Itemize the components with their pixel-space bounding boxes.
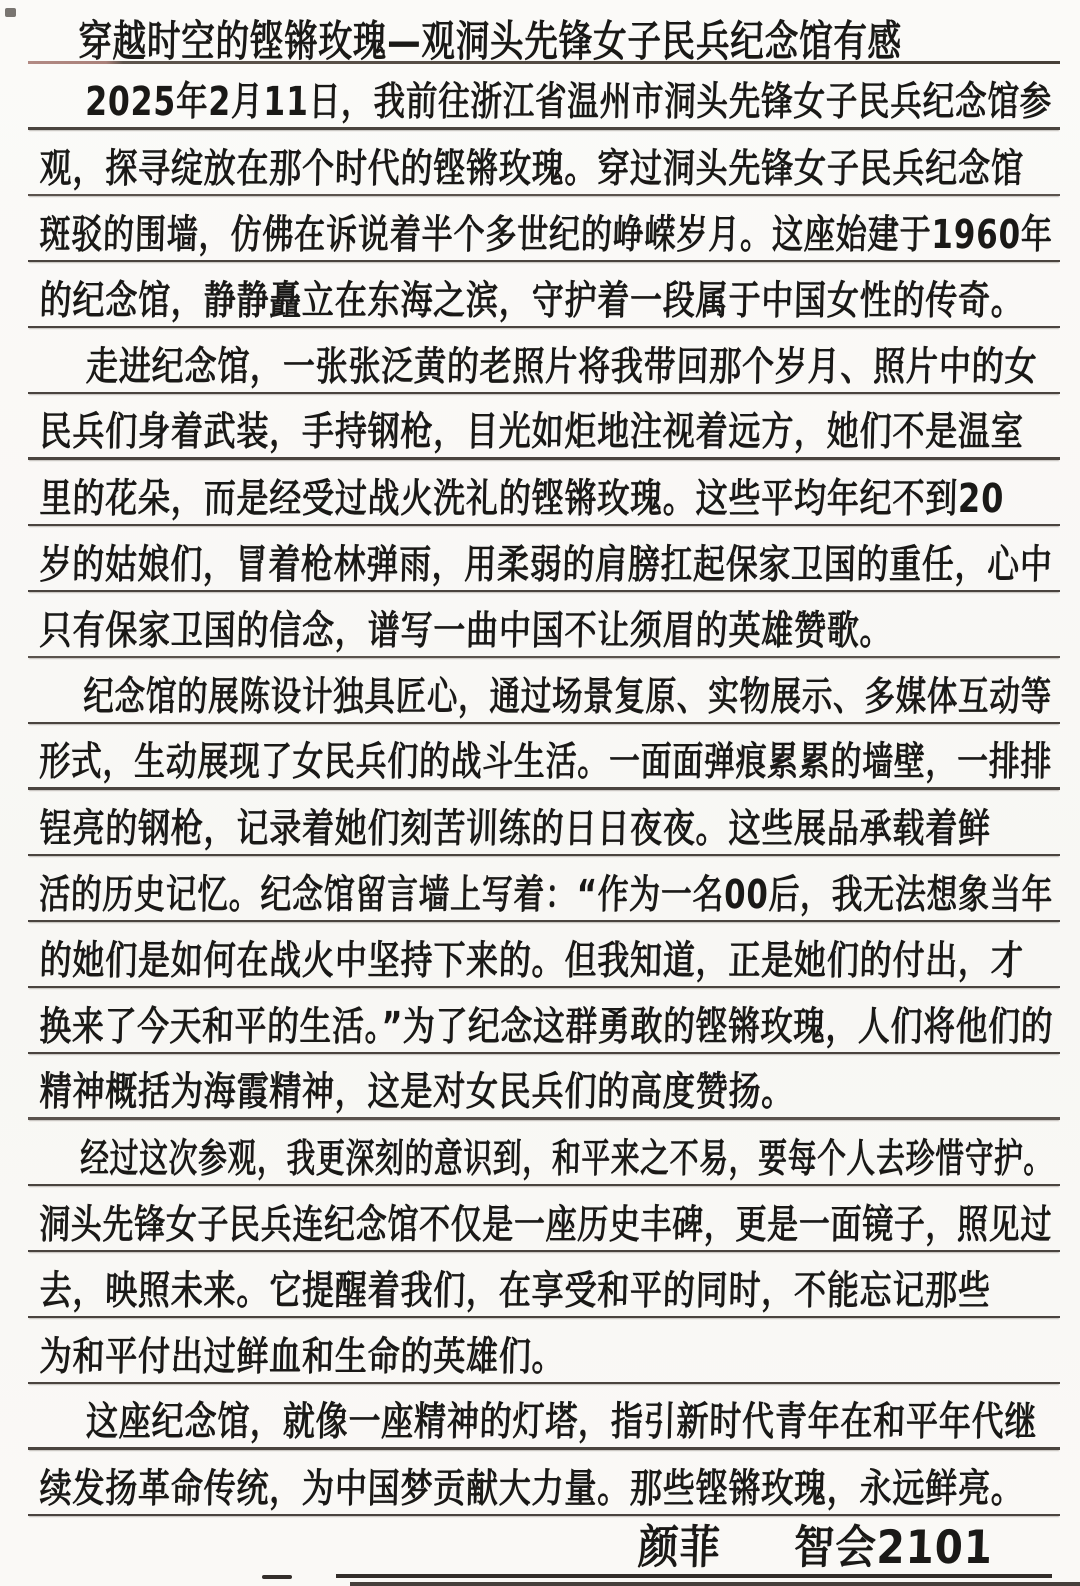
handwritten-text-line: 精神概括为海霞精神，这是对女民兵们的高度赞扬。 — [28, 1069, 795, 1115]
handwritten-text-line: 活的历史记忆。纪念馆留言墙上写着：“作为一名00后，我无法想象当年 — [28, 872, 1054, 918]
handwritten-text-line: 换来了今天和平的生活。”为了纪念这群勇敢的铿锵玫瑰，人们将他们的 — [28, 1004, 1054, 1050]
handwritten-text-line: 这座纪念馆，就像一座精神的灯塔，指引新时代青年在和平年代继 — [28, 1399, 1038, 1445]
ruled-line-row: 这座纪念馆，就像一座精神的灯塔，指引新时代青年在和平年代继 — [28, 1384, 1060, 1450]
rule-dash — [262, 1575, 292, 1579]
notebook-page: 穿越时空的铿锵玫瑰—观洞头先锋女子民兵纪念馆有感 2025年2月11日，我前往浙… — [0, 0, 1080, 1586]
ruled-line-row: 换来了今天和平的生活。”为了纪念这群勇敢的铿锵玫瑰，人们将他们的 — [28, 988, 1060, 1054]
handwritten-text-line: 纪念馆的展陈设计独具匠心，通过场景复原、实物展示、多媒体互动等 — [28, 674, 1052, 720]
ruled-line-row: 观，探寻绽放在那个时代的铿锵玫瑰。穿过洞头先锋女子民兵纪念馆 — [28, 130, 1060, 196]
ruled-line-row: 锃亮的钢枪，记录着她们刻苦训练的日日夜夜。这些展品承载着鲜 — [28, 790, 1060, 856]
handwritten-text-line: 走进纪念馆，一张张泛黄的老照片将我带回那个岁月、照片中的女 — [28, 344, 1038, 390]
handwritten-text-line: 民兵们身着武装，手持钢枪，目光如炬地注视着远方，她们不是温室 — [28, 409, 1024, 455]
handwritten-text-line: 去，映照未来。它提醒着我们，在享受和平的同时，不能忘记那些 — [28, 1268, 991, 1314]
handwritten-text-line: 观，探寻绽放在那个时代的铿锵玫瑰。穿过洞头先锋女子民兵纪念馆 — [28, 146, 1024, 192]
handwritten-text-line: 续发扬革命传统，为中国梦贡献大力量。那些铿锵玫瑰，永远鲜亮。 — [28, 1466, 1024, 1512]
ruled-line-row: 去，映照未来。它提醒着我们，在享受和平的同时，不能忘记那些 — [28, 1252, 1060, 1318]
ruled-line-row: 2025年2月11日，我前往浙江省温州市洞头先锋女子民兵纪念馆参 — [28, 64, 1060, 130]
ruled-line-row: 里的花朵，而是经受过战火洗礼的铿锵玫瑰。这些平均年纪不到20 — [28, 460, 1060, 526]
ruled-line-row: 形式，生动展现了女民兵们的战斗生活。一面面弹痕累累的墙壁，一排排 — [28, 724, 1060, 790]
handwritten-text-line: 锃亮的钢枪，记录着她们刻苦训练的日日夜夜。这些展品承载着鲜 — [28, 806, 991, 852]
signature-rule — [336, 1574, 1052, 1578]
ruled-line-row: 精神概括为海霞精神，这是对女民兵们的高度赞扬。 — [28, 1054, 1060, 1120]
handwritten-text-line: 的纪念馆，静静矗立在东海之滨，守护着一段属于中国女性的传奇。 — [28, 278, 1024, 324]
signature-name: 颜菲 — [637, 1521, 721, 1574]
ruled-line-row: 活的历史记忆。纪念馆留言墙上写着：“作为一名00后，我无法想象当年 — [28, 856, 1060, 922]
ruled-lines-area: 穿越时空的铿锵玫瑰—观洞头先锋女子民兵纪念馆有感 2025年2月11日，我前往浙… — [0, 0, 1080, 1516]
title-row: 穿越时空的铿锵玫瑰—观洞头先锋女子民兵纪念馆有感 — [28, 0, 1060, 64]
signature-class: 智会2101 — [793, 1521, 994, 1574]
signature-block: 颜菲 智会2101 — [626, 1520, 992, 1574]
ruled-line-row: 的纪念馆，静静矗立在东海之滨，守护着一段属于中国女性的传奇。 — [28, 262, 1060, 328]
ruled-line-row: 民兵们身着武装，手持钢枪，目光如炬地注视着远方，她们不是温室 — [28, 394, 1060, 460]
bottom-edge-rule — [350, 1582, 1080, 1586]
ruled-line-row: 经过这次参观，我更深刻的意识到，和平来之不易，要每个人去珍惜守护。 — [28, 1120, 1060, 1186]
handwritten-text-line: 岁的姑娘们，冒着枪林弹雨，用柔弱的肩膀扛起保家卫国的重任，心中 — [28, 542, 1053, 588]
essay-title: 穿越时空的铿锵玫瑰—观洞头先锋女子民兵纪念馆有感 — [28, 18, 902, 67]
ruled-line-row: 续发扬革命传统，为中国梦贡献大力量。那些铿锵玫瑰，永远鲜亮。 — [28, 1450, 1060, 1516]
ruled-line-row: 纪念馆的展陈设计独具匠心，通过场景复原、实物展示、多媒体互动等 — [28, 658, 1060, 724]
handwritten-text-line: 洞头先锋女子民兵连纪念馆不仅是一座历史丰碑，更是一面镜子，照见过 — [28, 1202, 1053, 1248]
ruled-line-row: 只有保家卫国的信念，谱写一曲中国不让须眉的英雄赞歌。 — [28, 592, 1060, 658]
handwritten-text-line: 里的花朵，而是经受过战火洗礼的铿锵玫瑰。这些平均年纪不到20 — [28, 476, 1005, 522]
handwritten-text-line: 只有保家卫国的信念，谱写一曲中国不让须眉的英雄赞歌。 — [28, 608, 893, 654]
handwritten-text-line: 形式，生动展现了女民兵们的战斗生活。一面面弹痕累累的墙壁，一排排 — [28, 739, 1053, 785]
handwritten-text-line: 斑驳的围墙，仿佛在诉说着半个多世纪的峥嵘岁月。这座始建于1960年 — [28, 212, 1053, 258]
ruled-line-row: 走进纪念馆，一张张泛黄的老照片将我带回那个岁月、照片中的女 — [28, 328, 1060, 394]
handwritten-text-line: 的她们是如何在战火中坚持下来的。但我知道，正是她们的付出，才 — [28, 938, 1024, 984]
handwritten-text-line: 为和平付出过鲜血和生命的英雄们。 — [28, 1334, 565, 1380]
ruled-line-row: 为和平付出过鲜血和生命的英雄们。 — [28, 1318, 1060, 1384]
ruled-line-row: 斑驳的围墙，仿佛在诉说着半个多世纪的峥嵘岁月。这座始建于1960年 — [28, 196, 1060, 262]
ruled-line-row: 洞头先锋女子民兵连纪念馆不仅是一座历史丰碑，更是一面镜子，照见过 — [28, 1186, 1060, 1252]
handwritten-text-line: 经过这次参观，我更深刻的意识到，和平来之不易，要每个人去珍惜守护。 — [28, 1136, 1053, 1182]
ruled-line-row: 岁的姑娘们，冒着枪林弹雨，用柔弱的肩膀扛起保家卫国的重任，心中 — [28, 526, 1060, 592]
handwritten-text-line: 2025年2月11日，我前往浙江省温州市洞头先锋女子民兵纪念馆参 — [28, 79, 1052, 125]
ruled-line-row: 的她们是如何在战火中坚持下来的。但我知道，正是她们的付出，才 — [28, 922, 1060, 988]
